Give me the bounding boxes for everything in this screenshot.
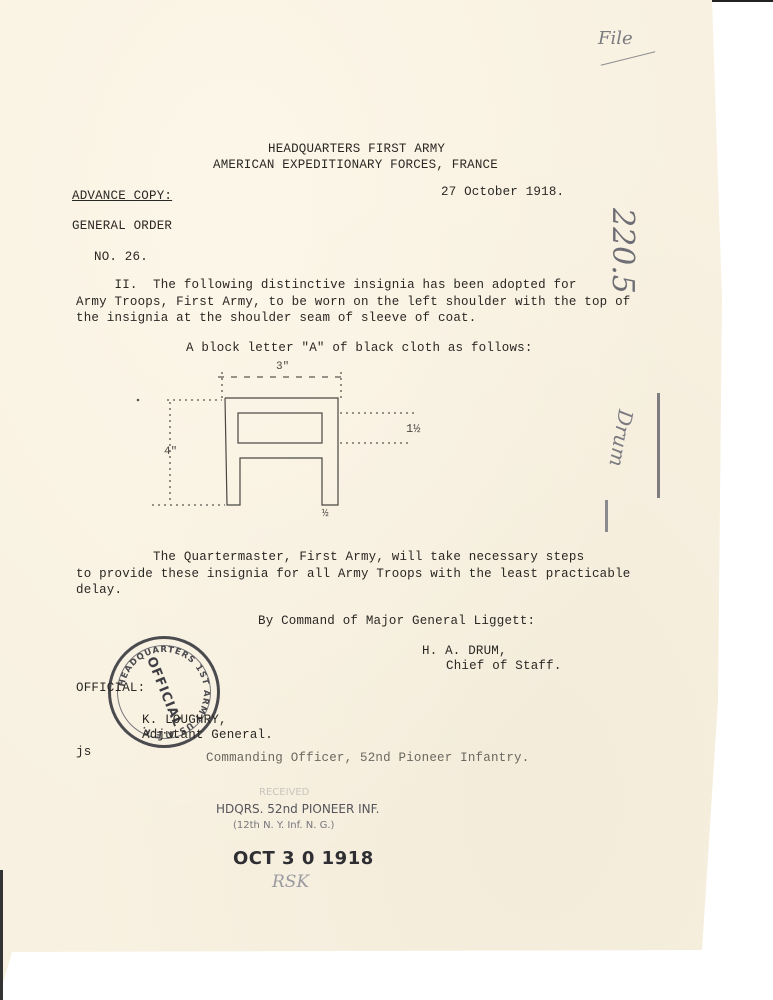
received-unit-sub: (12th N. Y. Inf. N. G.) bbox=[233, 820, 334, 831]
file-number-annotation: 220.5 bbox=[605, 208, 640, 294]
official-name: K. LOUGHRY, bbox=[142, 712, 227, 728]
page-edge-shadow bbox=[712, 0, 773, 2]
para1-line-2: Army Troops, First Army, to be worn on t… bbox=[76, 294, 631, 310]
received-initials: RSK bbox=[272, 872, 309, 892]
insignia-drawing bbox=[130, 360, 440, 530]
stroke-width-label: ½ bbox=[322, 508, 329, 520]
order-number: NO. 26. bbox=[94, 249, 148, 265]
official-title: Adjutant General. bbox=[142, 727, 273, 743]
typist-initials: js bbox=[76, 744, 91, 760]
insignia-diagram: 3" 4" 1½ ½ bbox=[130, 360, 440, 530]
bar-height-label: 1½ bbox=[406, 422, 420, 436]
recipient-line: Commanding Officer, 52nd Pioneer Infantr… bbox=[206, 750, 529, 766]
official-label: OFFICIAL: bbox=[76, 680, 145, 696]
received-unit: HDQRS. 52nd PIONEER INF. bbox=[216, 802, 379, 816]
signatory-title: Chief of Staff. bbox=[446, 658, 562, 674]
file-mark-annotation: File bbox=[598, 28, 633, 49]
para1-line-1: II. The following distinctive insignia h… bbox=[76, 277, 577, 293]
margin-mark-line bbox=[657, 393, 660, 498]
received-label: RECEIVED bbox=[259, 787, 309, 798]
para1-line-3: the insignia at the shoulder seam of sle… bbox=[76, 310, 476, 326]
page-edge-shadow-left bbox=[0, 870, 3, 1000]
header-line-1: HEADQUARTERS FIRST ARMY bbox=[268, 141, 445, 157]
diagram-caption: A block letter "A" of black cloth as fol… bbox=[186, 340, 533, 356]
signatory-name: H. A. DRUM, bbox=[422, 643, 507, 659]
document-date: 27 October 1918. bbox=[441, 184, 564, 200]
received-date: OCT 3 0 1918 bbox=[233, 848, 374, 869]
para2-line-1: The Quartermaster, First Army, will take… bbox=[76, 549, 584, 565]
advance-copy-label: ADVANCE COPY: bbox=[72, 188, 172, 204]
height-label: 4" bbox=[164, 446, 177, 458]
para2-line-3: delay. bbox=[76, 582, 122, 598]
header-line-2: AMERICAN EXPEDITIONARY FORCES, FRANCE bbox=[213, 157, 498, 173]
order-type: GENERAL ORDER bbox=[72, 218, 172, 234]
para2-line-2: to provide these insignia for all Army T… bbox=[76, 566, 631, 582]
width-label: 3" bbox=[276, 361, 289, 373]
command-line: By Command of Major General Liggett: bbox=[258, 613, 535, 629]
margin-mark-line-2 bbox=[605, 500, 608, 532]
